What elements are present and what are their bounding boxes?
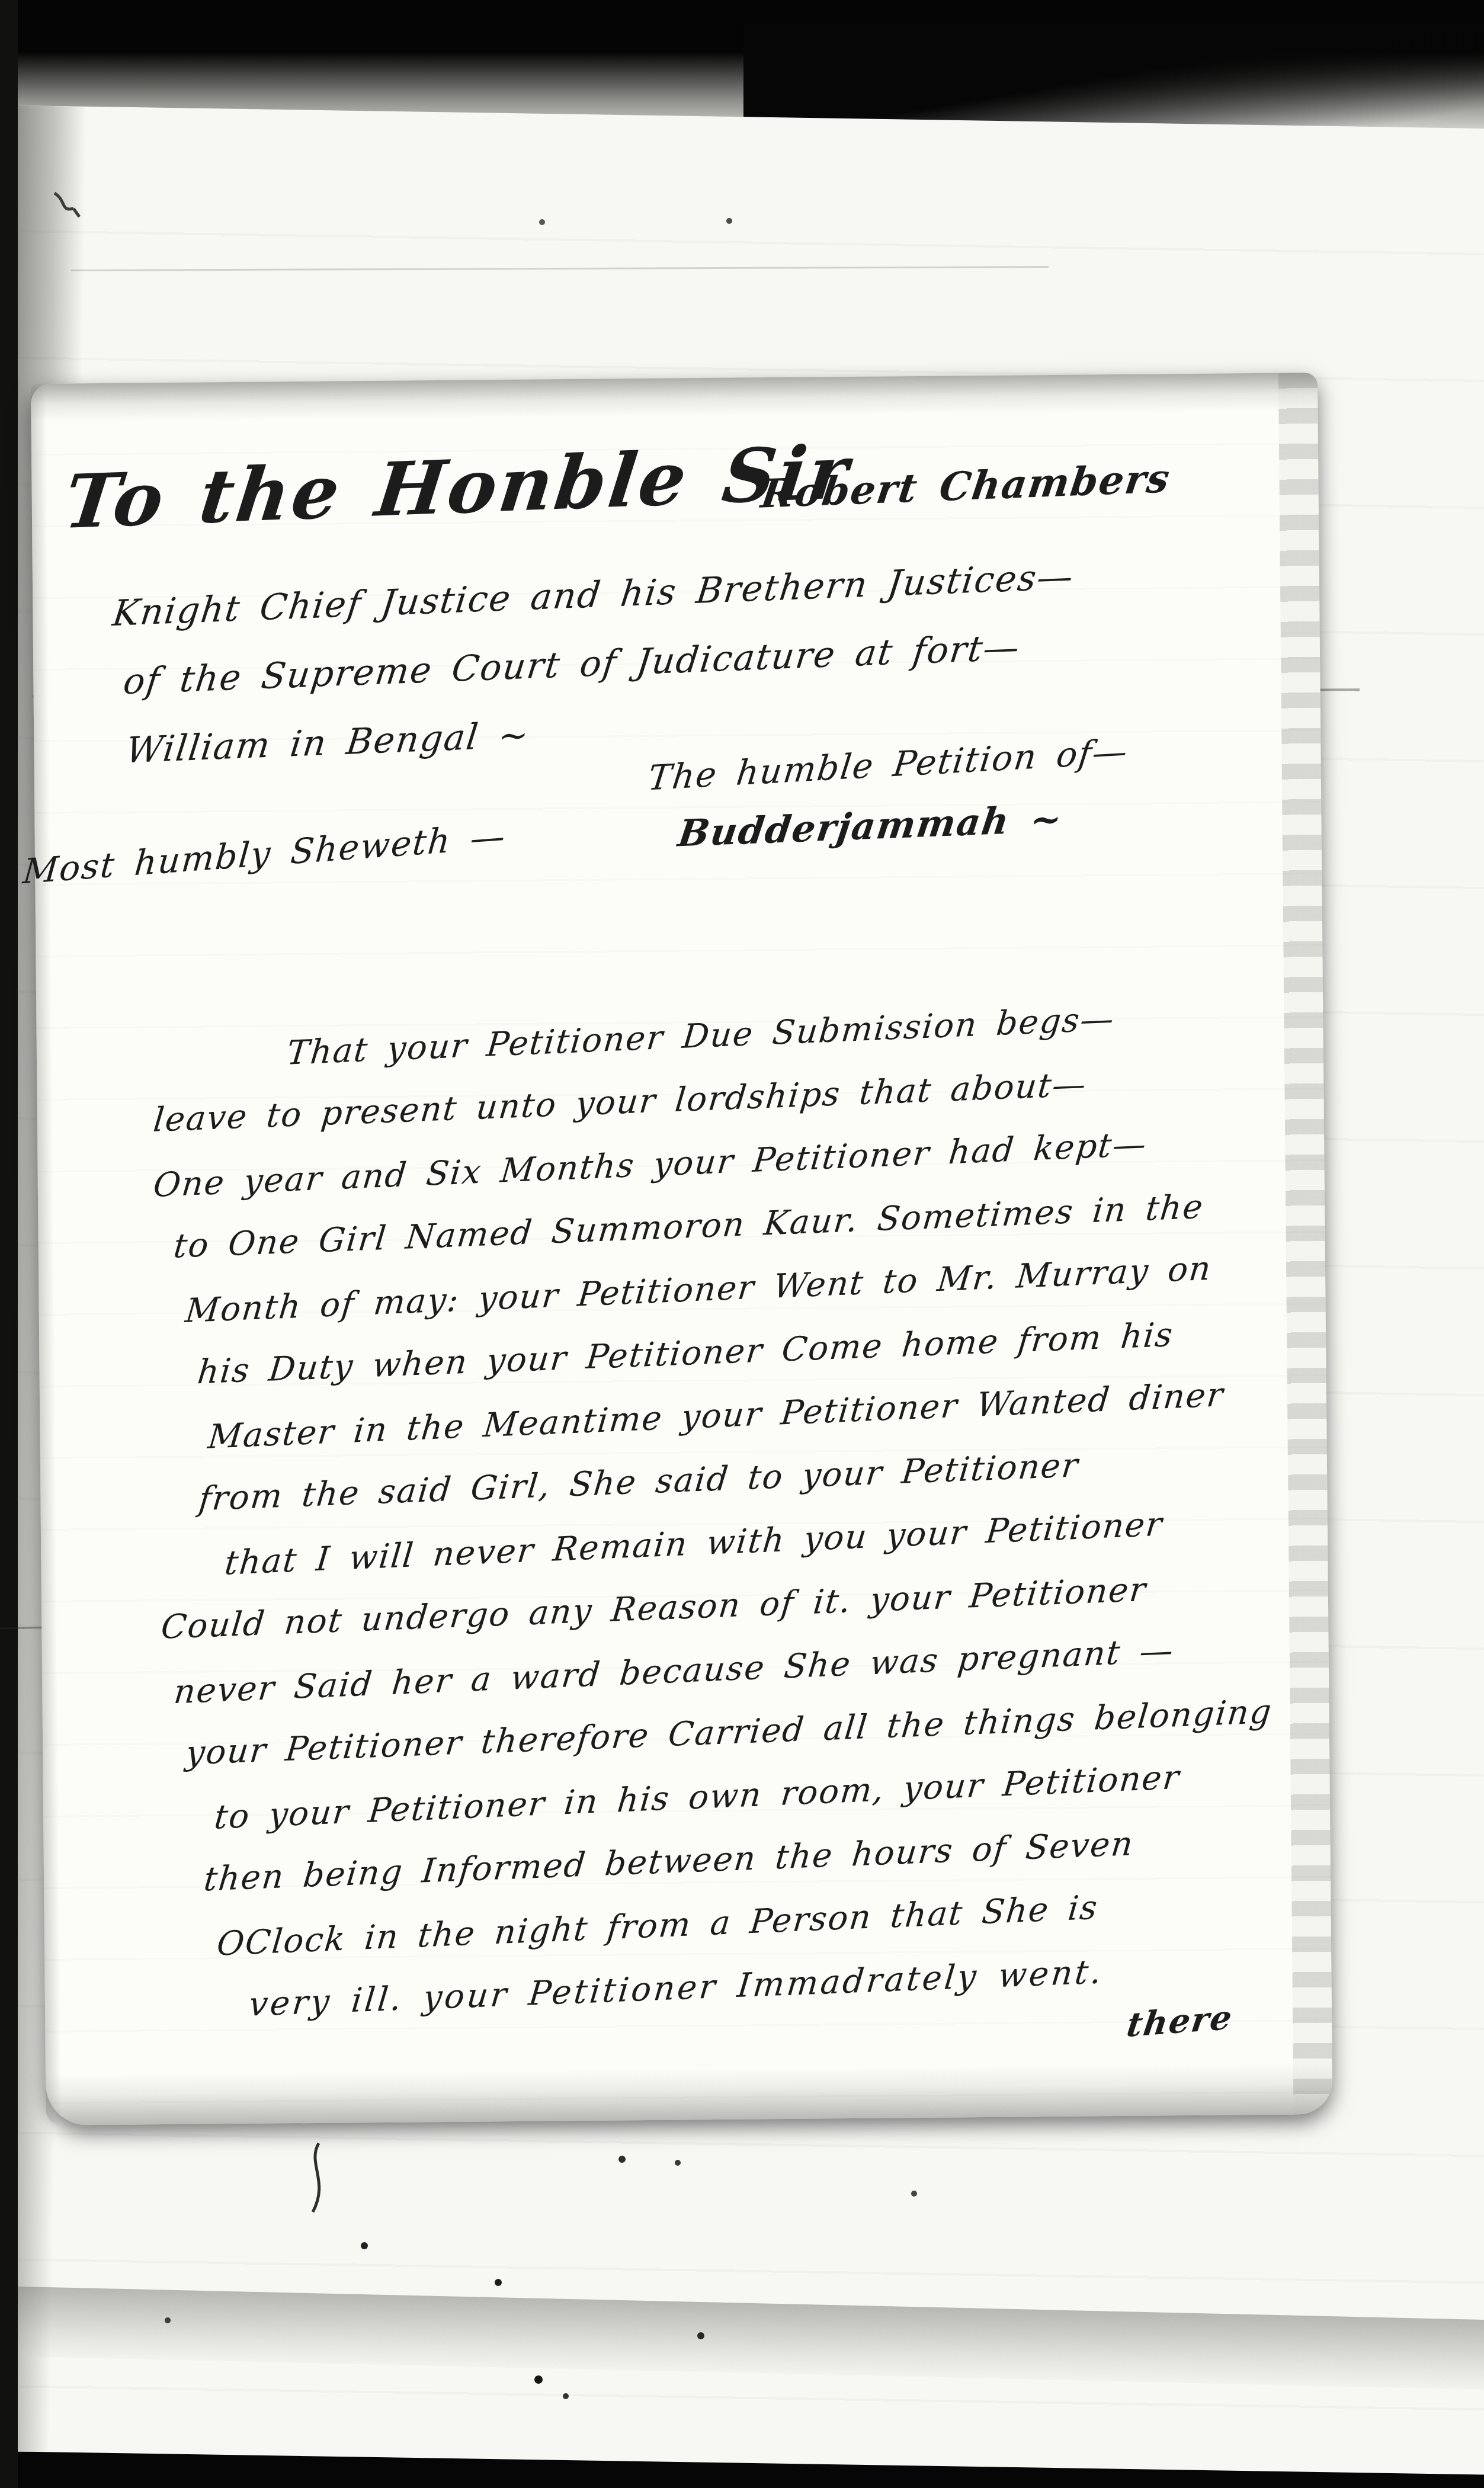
- sheweth-line: Most humbly Sheweth —: [21, 816, 508, 892]
- foxing-specks: [0, 0, 4, 4]
- scan-left-black-edge: [0, 0, 18, 2488]
- scanned-manuscript-page: To the Honble Sir Robert Chambers Knight…: [0, 0, 1484, 2488]
- pencil-squiggle: [295, 2140, 342, 2217]
- heading-line-4: William in Bengal ~: [124, 714, 532, 772]
- manuscript-text: To the Honble Sir Robert Chambers Knight…: [5, 342, 1357, 2132]
- heading-salutation: To the Honble Sir: [60, 429, 855, 546]
- petition-page: To the Honble Sir Robert Chambers Knight…: [31, 373, 1333, 2125]
- heading-line-2: Knight Chief Justice and his Brethern Ju…: [110, 556, 1076, 634]
- heading-line-3: of the Supreme Court of Judicature at fo…: [121, 627, 1023, 703]
- pencil-squiggle: [49, 188, 102, 236]
- petition-of-line: The humble Petition of—: [646, 731, 1130, 799]
- catchword: there: [1124, 1998, 1235, 2045]
- petition-body: That your Petitioner Due Submission begs…: [66, 981, 1336, 2042]
- petitioner-name: Budderjammah ~: [675, 797, 1065, 855]
